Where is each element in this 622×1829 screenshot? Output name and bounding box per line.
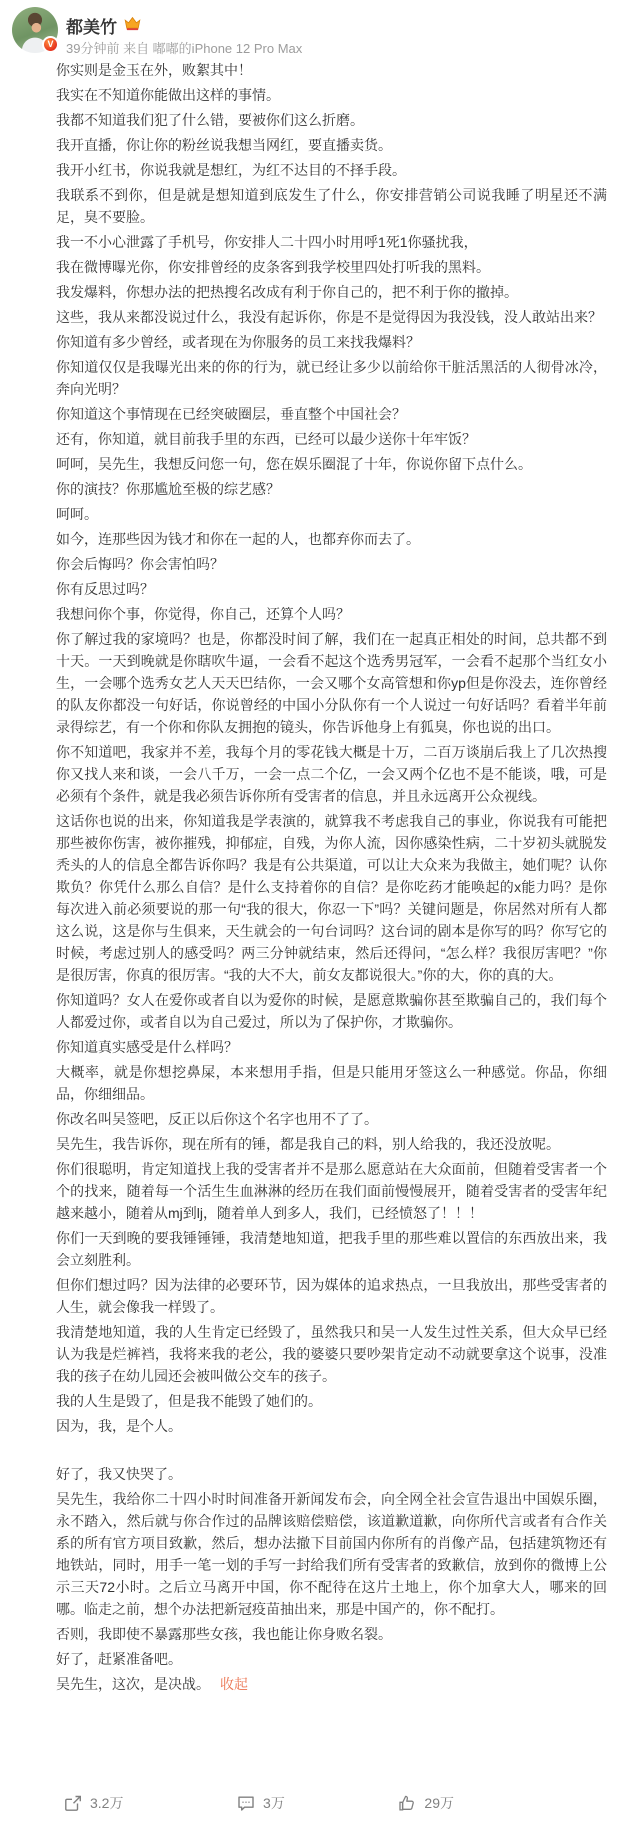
post-paragraph: 我开直播，你让你的粉丝说我想当网红，要直播卖货。 xyxy=(56,134,607,156)
post-timestamp-source: 39分钟前 来自 嘟嘟的iPhone 12 Pro Max xyxy=(66,38,302,57)
post-paragraph: 你实则是金玉在外，败絮其中！ xyxy=(56,59,607,81)
post-paragraph: 我实在不知道你能做出这样的事情。 xyxy=(56,84,607,106)
post-paragraph: 你们一天到晚的要我锤锤锤，我清楚地知道，把我手里的那些难以置信的东西放出来，我会… xyxy=(56,1227,607,1271)
post-paragraph: 我都不知道我们犯了什么错，要被你们这么折磨。 xyxy=(56,109,607,131)
post-paragraph: 你知道仅仅是我曝光出来的你的行为，就已经让多少以前给你干脏活黑活的人彻骨冰冷，奔… xyxy=(56,356,607,400)
collapse-link[interactable]: 收起 xyxy=(220,1676,248,1692)
weibo-post: V 都美竹 39分钟前 来自 嘟嘟的iPhone 12 Pro Max 你实则是… xyxy=(0,0,622,1829)
post-paragraph: 因为，我，是个人。 xyxy=(56,1415,607,1437)
post-body: 你实则是金玉在外，败絮其中！我实在不知道你能做出这样的事情。我都不知道我们犯了什… xyxy=(0,56,622,1695)
vip-crown-icon xyxy=(124,16,141,36)
repost-button[interactable]: 3.2万 xyxy=(64,1793,123,1813)
comment-button[interactable]: 3万 xyxy=(237,1793,285,1813)
post-paragraph: 吴先生，我告诉你，现在所有的锤，都是我自己的料，别人给我的，我还没放呢。 xyxy=(56,1133,607,1155)
post-paragraph: 你知道这个事情现在已经突破圈层，垂直整个中国社会？ xyxy=(56,403,607,425)
like-button[interactable]: 29万 xyxy=(398,1793,454,1813)
post-paragraph: 我一不小心泄露了手机号，你安排人二十四小时用呼1死1你骚扰我， xyxy=(56,231,607,253)
comment-count: 3万 xyxy=(263,1793,285,1813)
verified-badge-icon: V xyxy=(42,36,59,53)
post-paragraph: 我清楚地知道，我的人生肯定已经毁了，虽然我只和吴一人发生过性关系，但大众早已经认… xyxy=(56,1321,607,1387)
post-paragraph: 否则，我即使不暴露那些女孩，我也能让你身败名裂。 xyxy=(56,1623,607,1645)
comment-icon xyxy=(237,1795,255,1812)
post-paragraph: 好了，我又快哭了。 xyxy=(56,1463,607,1485)
post-paragraph: 我发爆料，你想办法的把热搜名改成有利于你自己的，把不利于你的撤掉。 xyxy=(56,281,607,303)
post-paragraph: 我联系不到你，但是就是想知道到底发生了什么，你安排营销公司说我睡了明星还不满足，… xyxy=(56,184,607,228)
post-paragraph: 呵呵。 xyxy=(56,503,607,525)
post-paragraph: 吴先生，我给你二十四小时时间准备开新闻发布会，向全网全社会宣告退出中国娱乐圈，永… xyxy=(56,1488,607,1620)
post-paragraph: 你改名叫吴签吧，反正以后你这个名字也用不了了。 xyxy=(56,1108,607,1130)
post-paragraph: 好了，赶紧准备吧。 xyxy=(56,1648,607,1670)
post-paragraph: 我的人生是毁了，但是我不能毁了她们的。 xyxy=(56,1390,607,1412)
like-count: 29万 xyxy=(424,1793,454,1813)
post-header: V 都美竹 39分钟前 来自 嘟嘟的iPhone 12 Pro Max xyxy=(0,0,622,56)
post-paragraph: 你了解过我的家境吗？也是，你都没时间了解，我们在一起真正相处的时间，总共都不到十… xyxy=(56,628,607,738)
post-paragraph: 我想问你个事，你觉得，你自己，还算个人吗？ xyxy=(56,603,607,625)
like-icon xyxy=(398,1795,416,1812)
post-paragraph: 这些，我从来都没说过什么，我没有起诉你，你是不是觉得因为我没钱，没人敢站出来？ xyxy=(56,306,607,328)
post-paragraph: 还有，你知道，就目前我手里的东西，已经可以最少送你十年牢饭？ xyxy=(56,428,607,450)
post-paragraph: 你的演技？你那尴尬至极的综艺感？ xyxy=(56,478,607,500)
post-paragraph: 我在微博曝光你，你安排曾经的皮条客到我学校里四处打听我的黑料。 xyxy=(56,256,607,278)
post-paragraph: 你知道有多少曾经，或者现在为你服务的员工来找我爆料？ xyxy=(56,331,607,353)
post-paragraph: 吴先生，这次，是决战。收起 xyxy=(56,1673,607,1695)
post-paragraph: 你知道真实感受是什么样吗？ xyxy=(56,1036,607,1058)
action-bar: 3.2万 3万 29万 xyxy=(0,1783,622,1829)
user-name[interactable]: 都美竹 xyxy=(66,13,117,38)
post-paragraph: 呵呵，吴先生，我想反问您一句，您在娱乐圈混了十年，你说你留下点什么。 xyxy=(56,453,607,475)
repost-count: 3.2万 xyxy=(90,1793,123,1813)
post-paragraph: 我开小红书，你说我就是想红，为红不达目的不择手段。 xyxy=(56,159,607,181)
post-paragraph: 你们很聪明，肯定知道找上我的受害者并不是那么愿意站在大众面前，但随着受害者一个个… xyxy=(56,1158,607,1224)
repost-icon xyxy=(64,1795,82,1812)
post-paragraph: 你知道吗？女人在爱你或者自以为爱你的时候，是愿意欺骗你甚至欺骗自己的，我们每个人… xyxy=(56,989,607,1033)
post-paragraph: 大概率，就是你想挖鼻屎，本来想用手指，但是只能用牙签这么一种感觉。你品，你细品，… xyxy=(56,1061,607,1105)
post-paragraph: 你会后悔吗？你会害怕吗？ xyxy=(56,553,607,575)
post-paragraph: 如今，连那些因为钱才和你在一起的人，也都弃你而去了。 xyxy=(56,528,607,550)
post-paragraph xyxy=(56,1440,607,1460)
post-paragraph: 但你们想过吗？因为法律的必要环节，因为媒体的追求热点，一旦我放出，那些受害者的人… xyxy=(56,1274,607,1318)
post-paragraph: 这话你也说的出来，你知道我是学表演的，就算我不考虑我自己的事业，你说我有可能把那… xyxy=(56,810,607,986)
post-paragraph: 你不知道吧，我家并不差，我每个月的零花钱大概是十万，二百万谈崩后我上了几次热搜你… xyxy=(56,741,607,807)
post-paragraph: 你有反思过吗？ xyxy=(56,578,607,600)
